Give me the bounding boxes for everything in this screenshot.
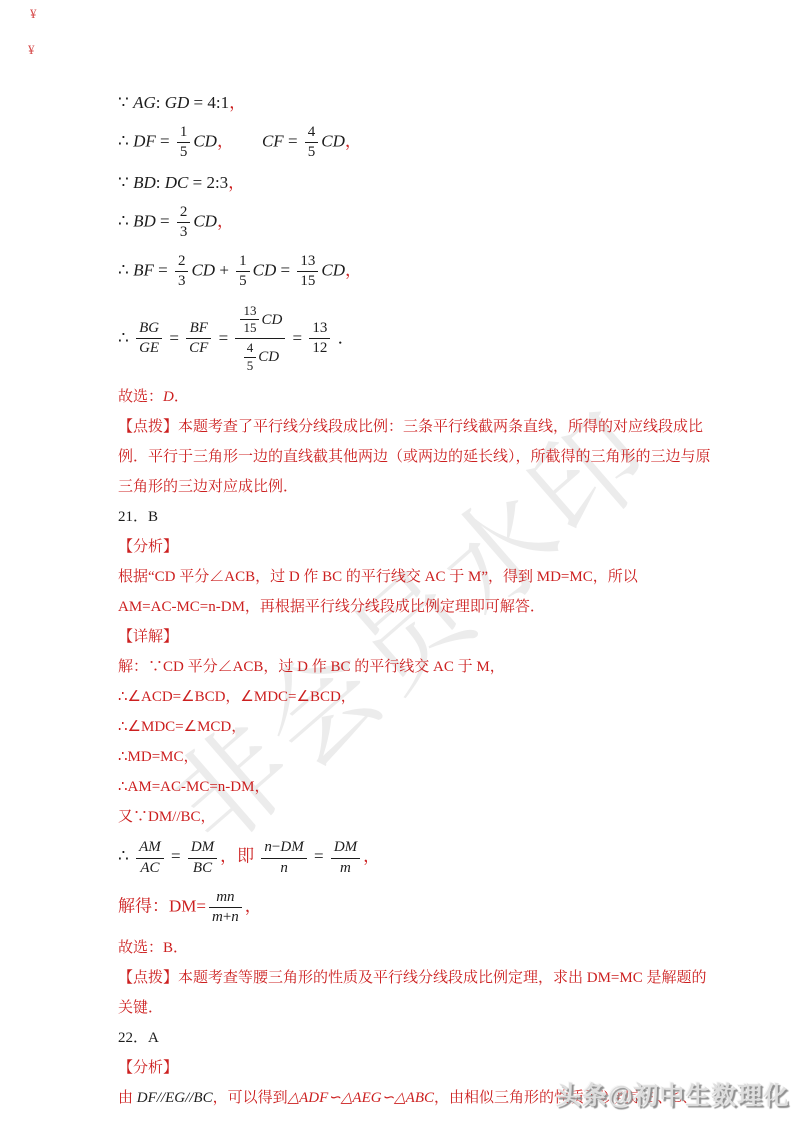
fraction: 23 (177, 204, 191, 242)
math-line: ∴ BD = 23CD， (118, 202, 703, 244)
text-segment: ∵ (118, 173, 133, 192)
text-segment: n (264, 839, 272, 855)
text-line: 【点拨】本题考查了平行线分线段成比例：三条平行线截两条直线，所得的对应线段成比 (118, 417, 703, 437)
text-segment: = (310, 847, 328, 866)
text-segment: ， (363, 847, 380, 866)
fraction-numerator: 4 (244, 341, 257, 358)
text-segment: CD (258, 349, 279, 365)
fraction-numerator: 13 (297, 253, 318, 272)
text-segment: ∴∠MDC=∠MCD， (118, 719, 246, 735)
text-segment: ， (229, 93, 246, 112)
text-segment: 例．平行于三角形一边的直线截其他两边（或两边的延长线），所截得的三角形的三边与原 (118, 449, 711, 465)
text-segment: = (156, 132, 174, 151)
fraction: 45 (305, 124, 319, 162)
fraction: BGGE (136, 320, 162, 358)
text-segment: ． (333, 328, 354, 347)
fraction-numerator: AM (136, 839, 164, 858)
math-line: ∴ BF = 23CD + 15CD = 1315CD， (118, 251, 703, 293)
text-segment: 解：∵CD 平分∠ACB，过 D 作 BC 的平行线交 AC 于 M， (118, 659, 505, 675)
fraction: n−DMn (261, 839, 306, 877)
fraction-denominator: 12 (309, 339, 330, 357)
text-segment: ， (245, 896, 262, 915)
text-segment: △ADF∽△AEG∽△ABC (288, 1090, 434, 1106)
text-segment: 【详解】 (118, 629, 178, 645)
text-segment: CD (261, 311, 282, 327)
text-segment: D (163, 389, 174, 405)
fraction: 1315CD45CD (235, 303, 285, 376)
fraction-numerator: 1 (177, 124, 191, 143)
text-segment: BG (139, 320, 159, 336)
text-segment: m (212, 909, 223, 925)
text-segment: BC (193, 860, 212, 876)
fraction-numerator: 13 (240, 304, 259, 321)
text-segment: ∵ (118, 93, 133, 112)
text-line: ∴MD=MC， (118, 747, 703, 767)
text-segment: DF//EG//BC (137, 1090, 213, 1106)
text-segment: CD (193, 211, 217, 230)
text-segment: mn (216, 889, 234, 905)
text-segment: 21．B (118, 509, 158, 525)
text-line: 21．B (118, 507, 703, 527)
text-segment: CD (253, 261, 277, 280)
fraction-denominator: 5 (177, 143, 191, 161)
fraction: BFCF (186, 320, 211, 358)
fraction-numerator: 1315CD (235, 303, 285, 340)
text-segment: ∴ (118, 847, 133, 866)
fraction: 23 (175, 253, 189, 291)
text-segment: 【分析】 (118, 1060, 178, 1076)
text-segment: AM=AC-MC=n-DM，再根据平行线分线段成比例定理即可解答． (118, 599, 545, 615)
text-segment: : (156, 173, 165, 192)
text-segment: AC (140, 860, 159, 876)
text-segment: GE (139, 340, 159, 356)
text-segment: DM (334, 839, 357, 855)
text-segment: CD (191, 261, 215, 280)
text-segment: 22．A (118, 1030, 159, 1046)
text-segment: ∴∠ACD=∠BCD，∠MDC=∠BCD， (118, 689, 356, 705)
fraction-denominator: AC (136, 859, 164, 877)
text-line: 关键． (118, 998, 703, 1018)
fraction-denominator: GE (136, 339, 162, 357)
text-segment: CD (321, 261, 345, 280)
text-segment: = (214, 328, 232, 347)
text-segment: 由 (118, 1090, 137, 1106)
fraction-denominator: 5 (236, 272, 250, 290)
fraction-numerator: BG (136, 320, 162, 339)
text-segment: = (156, 211, 174, 230)
footer-watermark-text: 头条@初中生数理化 (556, 1076, 789, 1112)
text-segment: 【分析】 (118, 539, 178, 555)
math-line: ∴ BGGE = BFCF = 1315CD45CD = 1312 ． (118, 301, 703, 378)
text-segment: ， (228, 173, 245, 192)
text-line: 又∵DM//BC， (118, 807, 703, 827)
fraction-denominator: 3 (177, 223, 191, 241)
fraction-numerator: 13 (309, 320, 330, 339)
text-segment: CD (321, 132, 345, 151)
text-segment: 三角形的三边对应成比例． (118, 479, 298, 495)
text-segment: = (154, 261, 172, 280)
text-segment: ， (345, 132, 362, 151)
text-segment: = (284, 132, 302, 151)
fraction-denominator: 45CD (235, 339, 285, 375)
text-segment: n (280, 860, 288, 876)
text-line: ∴∠MDC=∠MCD， (118, 717, 703, 737)
fraction: 15 (236, 253, 250, 291)
text-segment: BD (133, 211, 156, 230)
fraction-numerator: DM (188, 839, 217, 858)
math-line: ∵ AG: GD = 4:1， (118, 92, 703, 114)
text-segment: 根据“CD 平分∠ACB，过 D 作 BC 的平行线交 AC 于 M”，得到 M… (118, 569, 638, 585)
text-line: 22．A (118, 1028, 703, 1048)
fraction: 15 (177, 124, 191, 162)
fraction-numerator: BF (186, 320, 211, 339)
text-segment: BF (190, 320, 208, 336)
math-line: ∴ AMAC = DMBC，即 n−DMn = DMm， (118, 837, 703, 879)
text-segment: CF (262, 132, 284, 151)
text-segment: n (231, 909, 239, 925)
text-segment: ∴AM=AC-MC=n-DM， (118, 779, 269, 795)
text-segment: BD (133, 173, 156, 192)
text-segment: DF (133, 132, 156, 151)
text-segment: ， (217, 211, 234, 230)
text-segment: 故选： (118, 389, 163, 405)
text-segment: 解得：DM= (118, 896, 206, 915)
text-line: 【点拨】本题考查等腰三角形的性质及平行线分线段成比例定理，求出 DM=MC 是解… (118, 968, 703, 988)
text-line: 例．平行于三角形一边的直线截其他两边（或两边的延长线），所截得的三角形的三边与原 (118, 447, 703, 467)
text-line: 根据“CD 平分∠ACB，过 D 作 BC 的平行线交 AC 于 M”，得到 M… (118, 567, 703, 587)
fraction-denominator: 3 (175, 272, 189, 290)
text-line: ∴∠ACD=∠BCD，∠MDC=∠BCD， (118, 687, 703, 707)
fraction: 1312 (309, 320, 330, 358)
text-segment: DC (165, 173, 189, 192)
fraction-numerator: 4 (305, 124, 319, 143)
text-segment: CF (189, 340, 208, 356)
text-segment: + (215, 261, 233, 280)
fraction-denominator: 15 (240, 320, 259, 336)
text-segment: = 2:3 (188, 173, 228, 192)
text-segment: = (165, 328, 183, 347)
fraction: 1315 (297, 253, 318, 291)
text-segment: = (276, 261, 294, 280)
math-line: 解得：DM=mnm+n， (118, 887, 703, 929)
fraction-numerator: 1 (236, 253, 250, 272)
text-segment: ∴MD=MC， (118, 749, 199, 765)
fraction-denominator: 5 (244, 358, 257, 374)
document-content: ∵ AG: GD = 4:1，∴ DF = 15CD，CF = 45CD，∵ B… (0, 0, 793, 1108)
fraction-numerator: mn (209, 889, 242, 908)
text-line: 解：∵CD 平分∠ACB，过 D 作 BC 的平行线交 AC 于 M， (118, 657, 703, 677)
text-segment: ， (217, 132, 234, 151)
fraction: AMAC (136, 839, 164, 877)
fraction-denominator: m+n (209, 908, 242, 926)
fraction-denominator: BC (188, 859, 217, 877)
text-segment: = (288, 328, 306, 347)
math-line: ∵ BD: DC = 2:3， (118, 172, 703, 194)
fraction: DMBC (188, 839, 217, 877)
text-segment: ∴ (118, 261, 133, 280)
text-segment: ∴ (118, 328, 133, 347)
text-segment: 关键． (118, 1000, 163, 1016)
text-segment: 【点拨】本题考查了平行线分线段成比例：三条平行线截两条直线，所得的对应线段成比 (118, 419, 703, 435)
text-line: 故选：B． (118, 938, 703, 958)
text-segment: m (340, 860, 351, 876)
text-segment: = 4:1 (189, 93, 229, 112)
text-line: 【详解】 (118, 627, 703, 647)
text-segment: AM (139, 839, 161, 855)
text-segment: AG (133, 93, 156, 112)
text-segment: ． (174, 389, 189, 405)
text-line: 【分析】 (118, 537, 703, 557)
fraction-numerator: 2 (175, 253, 189, 272)
fraction-denominator: m (331, 859, 360, 877)
fraction: 1315 (240, 304, 259, 337)
text-line: 三角形的三边对应成比例． (118, 477, 703, 497)
fraction-denominator: 15 (297, 272, 318, 290)
text-segment: GD (165, 93, 190, 112)
text-segment: BF (133, 261, 154, 280)
text-segment: ∴ (118, 132, 133, 151)
text-segment: DM (280, 839, 303, 855)
fraction-denominator: 5 (305, 143, 319, 161)
text-segment: = (167, 847, 185, 866)
text-segment: 【点拨】本题考查等腰三角形的性质及平行线分线段成比例定理，求出 DM=MC 是解… (118, 970, 706, 986)
text-line: 故选：D． (118, 387, 703, 407)
fraction-numerator: DM (331, 839, 360, 858)
text-segment: 故选：B． (118, 940, 188, 956)
fraction-numerator: 2 (177, 204, 191, 223)
document-page: ¥ ¥ 非会员水印 ∵ AG: GD = 4:1，∴ DF = 15CD，CF … (0, 0, 793, 1122)
text-segment: CD (193, 132, 217, 151)
fraction-denominator: n (261, 859, 306, 877)
text-segment: ∴ (118, 211, 133, 230)
fraction: mnm+n (209, 889, 242, 927)
text-segment: ，即 (220, 847, 258, 866)
text-segment: 又∵DM//BC， (118, 809, 216, 825)
text-segment: DM (191, 839, 214, 855)
fraction: 45 (244, 341, 257, 374)
fraction-numerator: n−DM (261, 839, 306, 858)
text-segment: : (156, 93, 165, 112)
math-line: ∴ DF = 15CD，CF = 45CD， (118, 122, 703, 164)
fraction: DMm (331, 839, 360, 877)
text-segment: ， (345, 261, 362, 280)
text-segment: ，可以得到 (213, 1090, 288, 1106)
text-line: AM=AC-MC=n-DM，再根据平行线分线段成比例定理即可解答． (118, 597, 703, 617)
fraction-denominator: CF (186, 339, 211, 357)
text-line: ∴AM=AC-MC=n-DM， (118, 777, 703, 797)
